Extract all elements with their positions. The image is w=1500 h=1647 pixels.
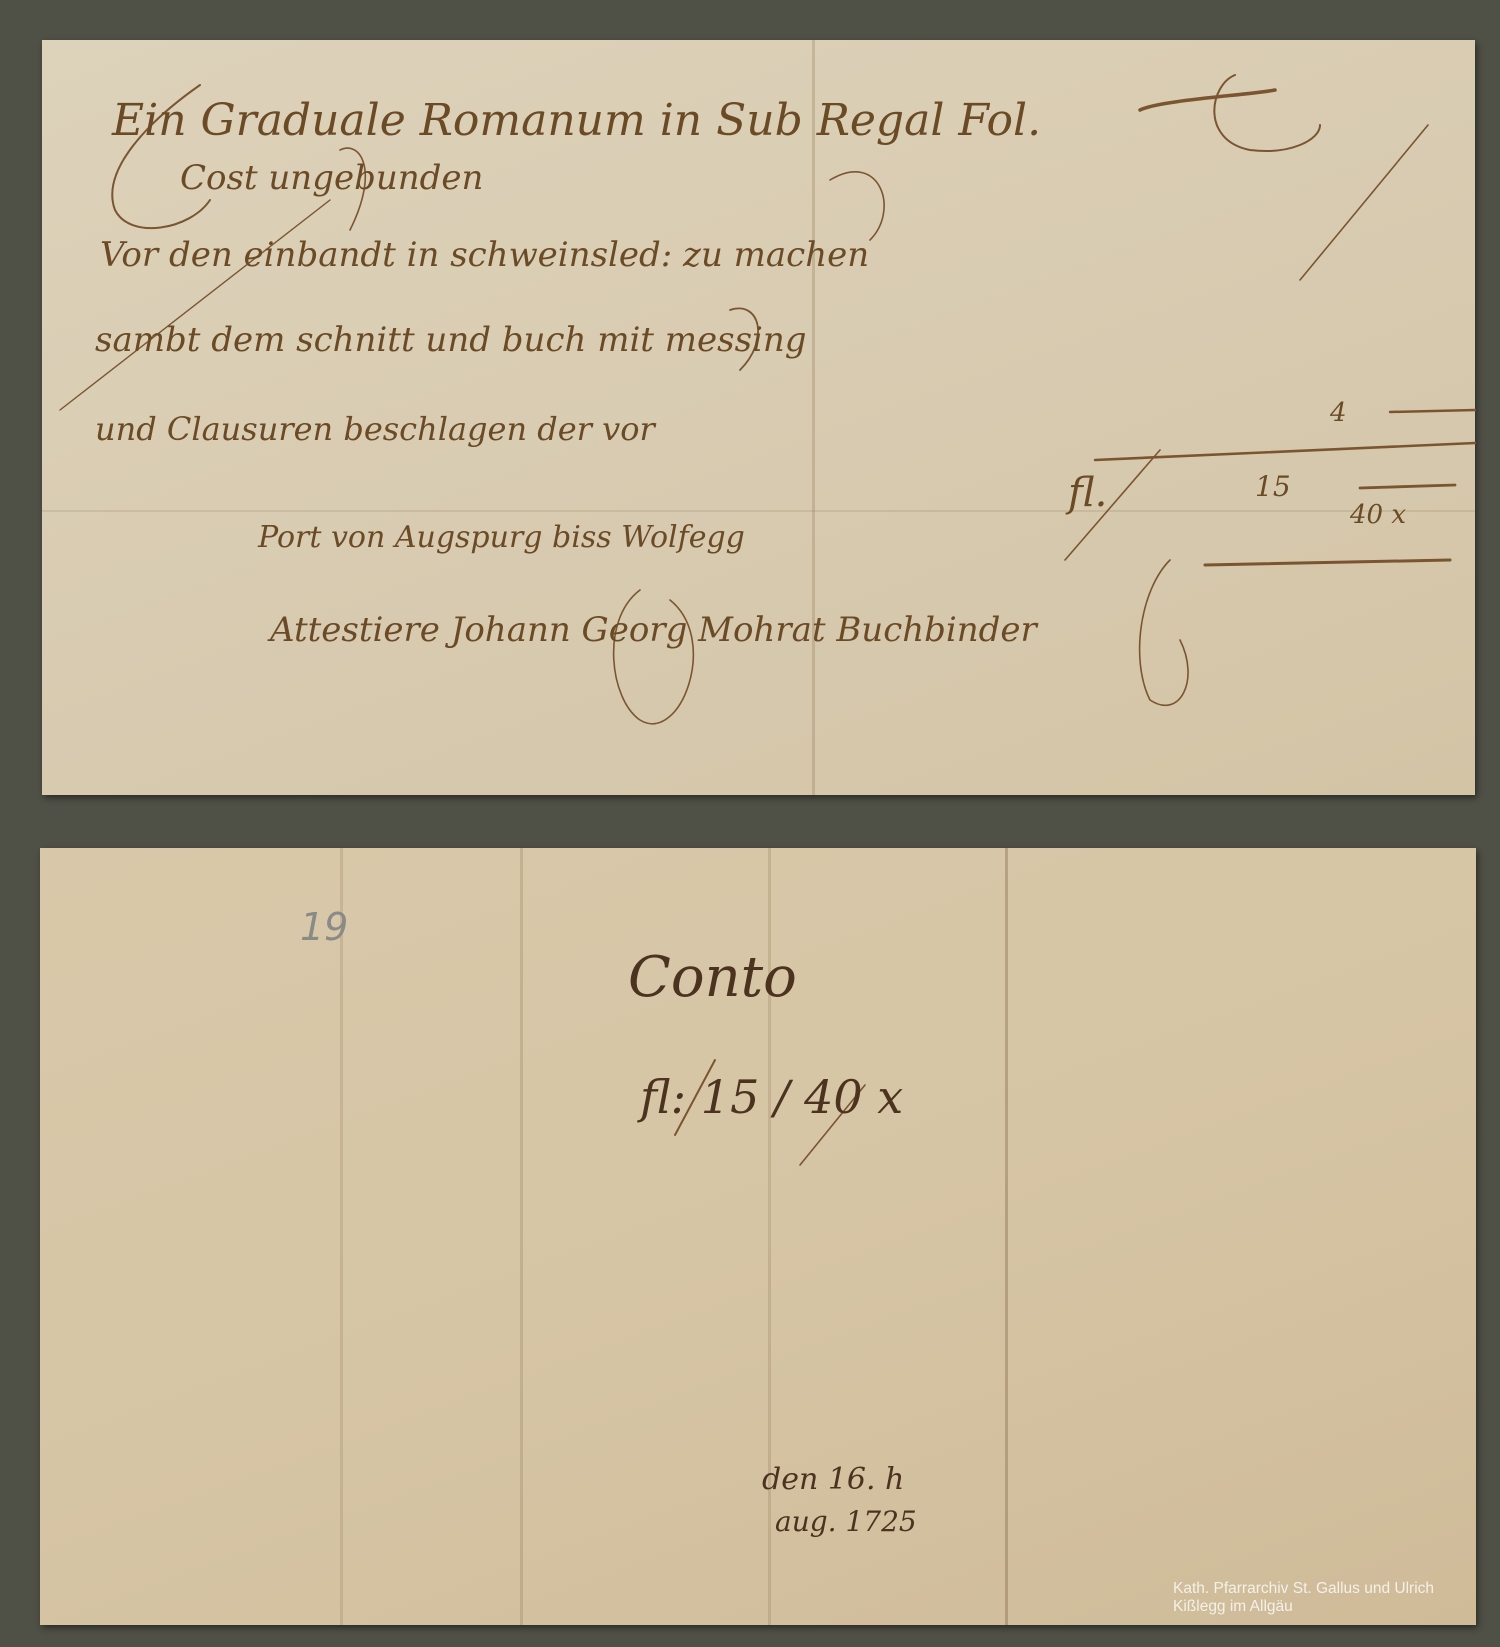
back-title-conto: Conto — [628, 945, 797, 1010]
amount-total-kr: 40 x — [1350, 500, 1406, 530]
handwritten-line-3: Vor den einbandt in schweinsled: zu mach… — [100, 235, 869, 275]
amount-total-fl: 15 — [1255, 470, 1291, 503]
caption-line-1: Kath. Pfarrarchiv St. Gallus und Ulrich — [1173, 1580, 1434, 1598]
back-date-line-1: den 16. h — [762, 1462, 904, 1497]
archive-caption: Kath. Pfarrarchiv St. Gallus und Ulrich … — [1173, 1580, 1434, 1616]
handwritten-line-4: sambt dem schnitt und buch mit messing — [95, 320, 807, 360]
back-date-line-2: aug. 1725 — [775, 1505, 917, 1538]
handwritten-signature: Attestiere Johann Georg Mohrat Buchbinde… — [270, 610, 1037, 650]
handwritten-line-1: Ein Graduale Romanum in Sub Regal Fol. — [112, 95, 1041, 146]
caption-line-2: Kißlegg im Allgäu — [1173, 1598, 1434, 1616]
back-amount: fl: 15 / 40 x — [640, 1070, 903, 1124]
handwritten-line-6: Port von Augspurg biss Wolfegg — [258, 520, 745, 555]
handwritten-line-5: und Clausuren beschlagen der vor — [95, 410, 655, 448]
pencil-archive-number: 19 — [300, 905, 348, 949]
currency-mark-fl: fl. — [1068, 470, 1107, 516]
amount-first: 4 — [1330, 398, 1347, 428]
handwritten-line-2: Cost ungebunden — [180, 158, 483, 198]
